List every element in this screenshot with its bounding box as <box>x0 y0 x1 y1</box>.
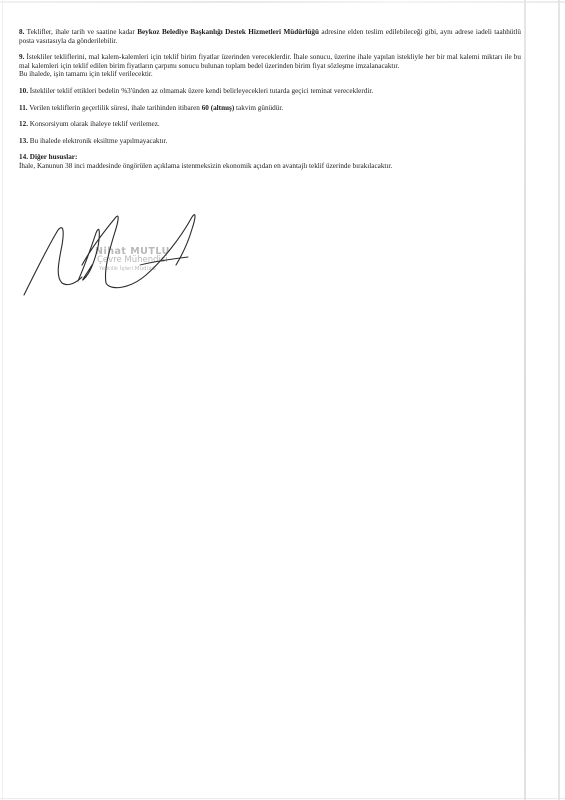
scan-edge-bottom <box>0 798 565 799</box>
clause-number: 10. <box>19 87 28 95</box>
scan-edge-left <box>2 0 3 800</box>
clause-number: 11. <box>19 104 28 112</box>
clause-number: 12. <box>19 120 28 128</box>
clause-12: 12. Konsorsiyum olarak ihaleye teklif ve… <box>19 120 521 129</box>
clause-number: 14. <box>19 153 28 161</box>
clause-text: İstekliler teklif ettikleri bedelin %3'ü… <box>28 87 373 95</box>
handwritten-signature-icon <box>20 195 220 305</box>
clause-text: İhale, Kanunun 38 inci maddesinde öngörü… <box>19 162 392 170</box>
document-page: 8. Teklifler, ihale tarih ve saatine kad… <box>0 0 565 800</box>
clause-text: Verilen tekliflerin geçerlilik süresi, i… <box>28 104 202 112</box>
signature-block: Nihat MUTLU Çevre Mühendisi Yetkilik İşl… <box>20 195 220 305</box>
scan-edge-top <box>0 1 565 3</box>
scan-artifact-line <box>524 0 526 800</box>
clause-11: 11. Verilen tekliflerin geçerlilik süres… <box>19 104 521 113</box>
clause-10: 10. İstekliler teklif ettikleri bedelin … <box>19 87 521 96</box>
clause-text: Konsorsiyum olarak ihaleye teklif verile… <box>28 120 160 128</box>
clause-heading: Diğer hususlar: <box>28 153 77 161</box>
scan-artifact-line <box>558 0 560 800</box>
clause-text-bold: Beykoz Belediye Başkanlığı Destek Hizmet… <box>137 28 319 36</box>
clause-text: takvim günüdür. <box>234 104 283 112</box>
clause-13: 13. Bu ihalede elektronik eksiltme yapıl… <box>19 137 521 146</box>
clause-text: Bu ihalede elektronik eksiltme yapılmaya… <box>28 137 167 145</box>
clause-number: 13. <box>19 137 28 145</box>
clause-text: Teklifler, ihale tarih ve saatine kadar <box>24 28 137 36</box>
clause-text: Bu ihalede, işin tamamı için teklif veri… <box>19 70 153 78</box>
document-body: 8. Teklifler, ihale tarih ve saatine kad… <box>19 28 521 179</box>
clause-14: 14. Diğer hususlar: İhale, Kanunun 38 in… <box>19 153 521 170</box>
clause-text-bold: 60 (altmış) <box>202 104 235 112</box>
clause-text: İstekliler tekliflerini, mal kalem-kalem… <box>19 53 521 70</box>
clause-9: 9. İstekliler tekliflerini, mal kalem-ka… <box>19 53 521 79</box>
clause-8: 8. Teklifler, ihale tarih ve saatine kad… <box>19 28 521 45</box>
